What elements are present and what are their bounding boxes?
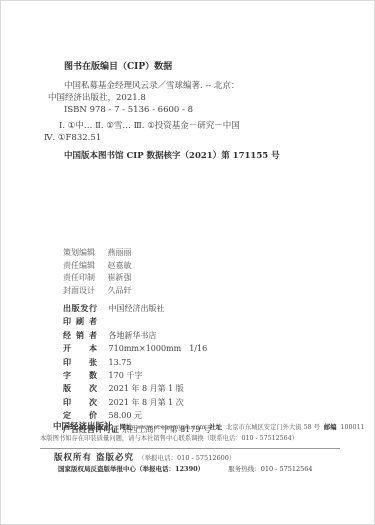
pub-row-printing: 印次 2021 年 8 月第 1 次 [63,396,211,409]
pub-row-distributor: 经销者 各地新华书店 [63,329,211,342]
staff-value: 赵嘉敏 [108,261,132,270]
pub-row-edition: 版次 2021 年 8 月第 1 版 [63,382,211,395]
pub-value: 58.00 元 [109,411,142,420]
editorial-staff-block: 策划编辑 燕丽丽 责任编辑 赵嘉敏 责任印制 崔新强 封面设计 久品轩 [63,247,132,297]
quality-notice-line: 本版图书如存在印装质量问题，请与本社销售中心联系调换（联系电话：010 - 57… [40,434,349,444]
cip-heading: 图书在版编目（CIP）数据 [64,61,339,73]
copyright-line: 版权所有 盗版必究 （举报电话：010 - 57512600） [54,452,349,464]
pub-label: 印刷者 [63,315,97,327]
pub-value: 13.75 [109,358,132,367]
publishing-info-block: 出版发行 中国经济出版社 印刷者 经销者 各地新华书店 开本 710mm×100… [63,302,211,436]
pub-label: 经销者 [63,329,97,341]
staff-row-cover-design: 封面设计 久品轩 [63,285,132,298]
staff-row-planning-editor: 策划编辑 燕丽丽 [63,247,132,260]
staff-label: 责任编辑 [63,260,96,273]
pub-value: 710mm×1000mm 1/16 [109,344,208,353]
anti-piracy-line: 国家版权局反盗版举报中心（举报电话：12390） 服务热线：010 - 5751… [58,464,349,475]
copyright-phone: （举报电话：010 - 57512600） [138,454,235,462]
pub-row-printer: 印刷者 [63,315,211,328]
report-center-text: 国家版权局反盗版举报中心（举报电话：12390） [58,465,204,473]
staff-label: 策划编辑 [63,247,96,260]
pub-row-format: 开本 710mm×1000mm 1/16 [63,342,211,355]
pub-row-publisher: 出版发行 中国经济出版社 [63,302,211,315]
zipcode-value: 100011 [341,424,365,431]
service-hotline-text: 服务热线：010 - 57512564 [228,465,312,473]
address-value: 北京市东城区安定门外大街 58 号 [226,424,320,431]
staff-value: 久品轩 [108,286,132,295]
divider-rule [40,448,340,449]
pub-value: 170 千字 [109,371,143,380]
cip-classification-line2: Ⅳ. ①F832.51 [44,132,339,144]
staff-label: 责任印制 [63,272,96,285]
staff-value: 燕丽丽 [108,248,132,257]
pub-row-sheets: 印张 13.75 [63,356,211,369]
staff-value: 崔新强 [108,273,132,282]
cip-title-line: 中国私募基金经理风云录／雪球编著. -- 北京： [64,80,339,92]
cip-isbn-line: ISBN 978 - 7 - 5136 - 6600 - 8 [64,104,339,116]
staff-row-responsible-editor: 责任编辑 赵嘉敏 [63,260,132,273]
footer-publisher-line: 中国经济出版社 网址 www.economyph.com 社址 北京市东城区安定… [53,421,349,434]
pub-value: 各地新华书店 [109,331,157,340]
pub-label: 版次 [63,382,97,394]
cip-record-number: 中国版本图书馆 CIP 数据核字（2021）第 171155 号 [64,150,339,162]
zipcode-label: 邮编 [324,424,337,431]
pub-row-word-count: 字数 170 千字 [63,369,211,382]
book-copyright-page: 图书在版编目（CIP）数据 中国私募基金经理风云录／雪球编著. -- 北京： 中… [0,0,375,525]
pub-label: 定价 [63,409,97,421]
website-value: www.economyph.com [136,424,205,431]
staff-label: 封面设计 [63,285,96,298]
pub-label: 出版发行 [63,302,97,314]
pub-value: 2021 年 8 月第 1 次 [109,398,184,407]
pub-value: 中国经济出版社 [109,304,165,313]
website-label: 网址 [120,424,133,431]
pub-label: 印张 [63,356,97,368]
footer-publisher-name: 中国经济出版社 [53,422,113,432]
copyright-statement: 版权所有 盗版必究 [54,453,134,463]
staff-row-print-supervisor: 责任印制 崔新强 [63,272,132,285]
pub-value: 2021 年 8 月第 1 版 [109,384,184,393]
pub-label: 开本 [63,342,97,354]
cip-publisher-line: 中国经济出版社，2021.8 [48,92,339,104]
pub-label: 印次 [63,396,97,408]
address-label: 社址 [209,424,222,431]
cip-classification-line1: Ⅰ. ①中… Ⅱ. ①雪… Ⅲ. ①投资基金－研究－中国 [59,120,339,132]
cip-block: 图书在版编目（CIP）数据 中国私募基金经理风云录／雪球编著. -- 北京： 中… [44,61,339,162]
pub-label: 字数 [63,369,97,381]
footer-block: 中国经济出版社 网址 www.economyph.com 社址 北京市东城区安定… [31,421,349,475]
